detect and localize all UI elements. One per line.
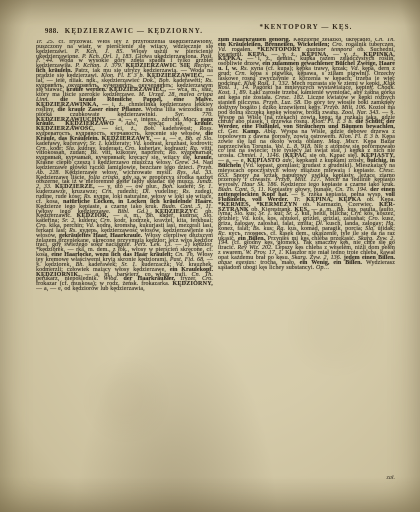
scanned-dictionary-page: 988.KĘDZIERZAWIC — KĘDZIORNY. *KENTOPORY…	[0, 0, 420, 512]
right-header-title: *KENTOPORY — KĘS.	[260, 23, 353, 31]
left-column-header: 988.KĘDZIERZAWIC — KĘDZIORNY.	[34, 27, 214, 35]
left-header-title: KĘDZIERZAWIC — KĘDZIORNY.	[65, 27, 203, 35]
left-text-column: Tr. 25. cf. fryzował. Włos iey z przyrod…	[36, 40, 213, 478]
right-column-header: *KENTOPORY — KĘS.	[216, 23, 396, 31]
catchword: zał.	[218, 475, 395, 481]
right-text-column: zum Haarkrauſen gehörig. Kędziorne żelaz…	[218, 38, 395, 478]
page-number: 988.	[45, 27, 59, 35]
